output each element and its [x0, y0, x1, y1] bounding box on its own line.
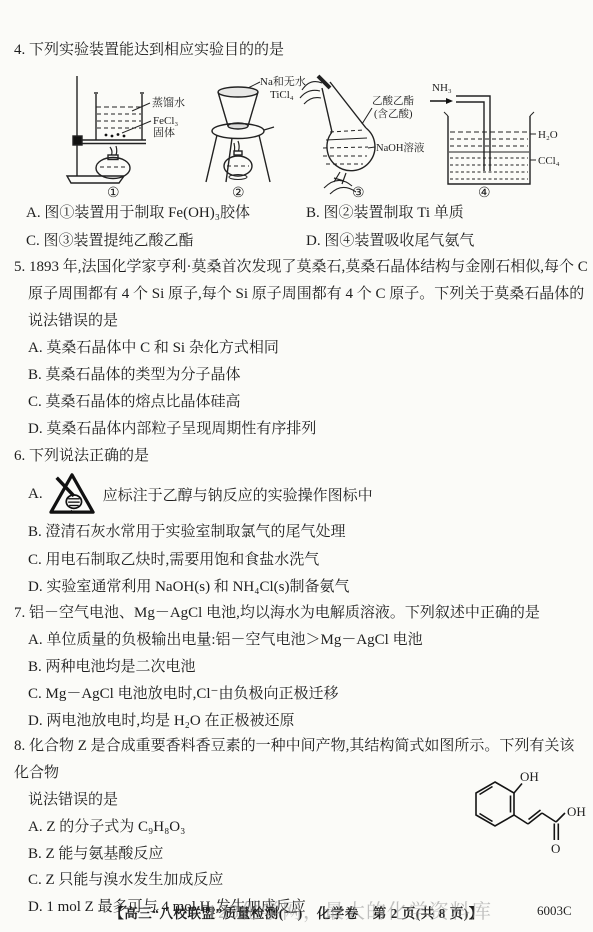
- q7-option-a: A. 单位质量的负极输出电量:铝－空气电池＞Mg－AgCl 电池: [14, 627, 588, 654]
- label-ethyl-acetate: 乙酸乙酯: [372, 94, 414, 107]
- gas-absorption-beaker-icon: NH₃ H₂O CCl₄ ④: [426, 74, 564, 200]
- label-nh3: NH₃: [432, 82, 452, 94]
- label-distilled-water: 蒸馏水: [152, 95, 185, 109]
- question-7: 7. 铝－空气电池、Mg－AgCl 电池,均以海水为电解质溶液。下列叙述中正确的…: [14, 600, 588, 735]
- oh-right-label: OH: [567, 804, 586, 819]
- q6-option-b: B. 澄清石灰水常用于实验室制取氯气的尾气处理: [14, 519, 588, 547]
- separating-funnel-icon: 乙酸乙酯 (含乙酸) NaOH溶液 ③: [296, 74, 426, 200]
- label-fecl3: FeCl₃: [153, 115, 178, 127]
- oh-top-label: OH: [520, 769, 539, 784]
- apparatus-1-fecl3-heating: 蒸馏水 FeCl₃ 固体 ①: [64, 74, 194, 200]
- figure-3-caption: ③: [352, 186, 365, 200]
- apparatus-3-separating-funnel: 乙酸乙酯 (含乙酸) NaOH溶液 ③: [296, 74, 426, 200]
- q5-option-b: B. 莫桑石晶体的类型为分子晶体: [14, 362, 588, 389]
- q4-option-b: B. 图②装置制取 Ti 单质: [306, 203, 464, 223]
- q6-option-a-prefix: A.: [28, 486, 43, 503]
- label-solid: 固体: [153, 125, 175, 139]
- q5-option-c: C. 莫桑石晶体的熔点比晶体硅高: [14, 389, 588, 416]
- q5-option-d: D. 莫桑石晶体内部粒子呈现周期性有序排列: [14, 416, 588, 443]
- q4-option-c: C. 图③装置提纯乙酸乙酯: [26, 231, 194, 251]
- q6-option-c: C. 用电石制取乙炔时,需要用饱和食盐水洗气: [14, 547, 588, 575]
- stand-beaker-lamp-icon: 蒸馏水 FeCl₃ 固体 ①: [64, 74, 194, 200]
- figure-2-caption: ②: [232, 186, 245, 200]
- question-6: 6. 下列说法正确的是 A. 应标注于乙醇与钠反应的实验操作图标中 B. 澄清石…: [14, 443, 588, 602]
- compound-z-structure: OH OH O: [462, 766, 588, 858]
- figure-4-caption: ④: [478, 186, 491, 200]
- question-5-stem: 5. 1893 年,法国化学家亨利·莫桑首次发现了莫桑石,莫桑石晶体结构与金刚石…: [14, 254, 588, 335]
- label-naoh-solution: NaOH溶液: [376, 141, 425, 154]
- exam-page: 4. 下列实验装置能达到相应实验目的的是: [0, 0, 593, 932]
- question-6-stem: 6. 下列说法正确的是: [14, 443, 588, 469]
- o-bottom-label: O: [551, 841, 560, 856]
- label-contains-acetic-acid: (含乙酸): [374, 107, 413, 120]
- q5-option-a: A. 莫桑石晶体中 C 和 Si 杂化方式相同: [14, 335, 588, 362]
- question-4-stem: 4. 下列实验装置能达到相应实验目的的是: [14, 40, 284, 60]
- q6-option-a-text: 应标注于乙醇与钠反应的实验操作图标中: [103, 484, 373, 505]
- q6-option-d: D. 实验室通常利用 NaOH(s) 和 NH₄Cl(s)制备氨气: [14, 574, 588, 602]
- figure-1-caption: ①: [107, 186, 120, 200]
- question-5: 5. 1893 年,法国化学家亨利·莫桑首次发现了莫桑石,莫桑石晶体结构与金刚石…: [14, 254, 588, 443]
- q8-option-c: C. Z 只能与溴水发生加成反应: [14, 867, 588, 894]
- q7-option-b: B. 两种电池均是二次电池: [14, 654, 588, 681]
- label-na-ticl4-line2: TiCl₄: [270, 89, 294, 101]
- watermark: 123化学网，最大的化学资料库: [207, 895, 492, 924]
- label-h2o: H₂O: [538, 129, 558, 141]
- q4-option-a: A. 图①装置用于制取 Fe(OH)₃胶体: [26, 203, 250, 223]
- question-7-stem: 7. 铝－空气电池、Mg－AgCl 电池,均以海水为电解质溶液。下列叙述中正确的…: [14, 600, 588, 627]
- apparatus-4-gas-absorption: NH₃ H₂O CCl₄ ④: [426, 74, 564, 200]
- molecule-structure-icon: OH OH O: [462, 766, 588, 858]
- q4-option-d: D. 图④装置吸收尾气氨气: [306, 231, 474, 251]
- open-flame-warning-icon: [48, 472, 96, 516]
- q6-option-a: A. 应标注于乙醇与钠反应的实验操作图标中: [14, 469, 588, 519]
- q7-option-d: D. 两电池放电时,均是 H₂O 在正极被还原: [14, 708, 588, 735]
- label-ccl4: CCl₄: [538, 155, 560, 167]
- q7-option-c: C. Mg－AgCl 电池放电时,Cl⁻由负极向正极迁移: [14, 681, 588, 708]
- footer-code: 6003C: [537, 903, 572, 919]
